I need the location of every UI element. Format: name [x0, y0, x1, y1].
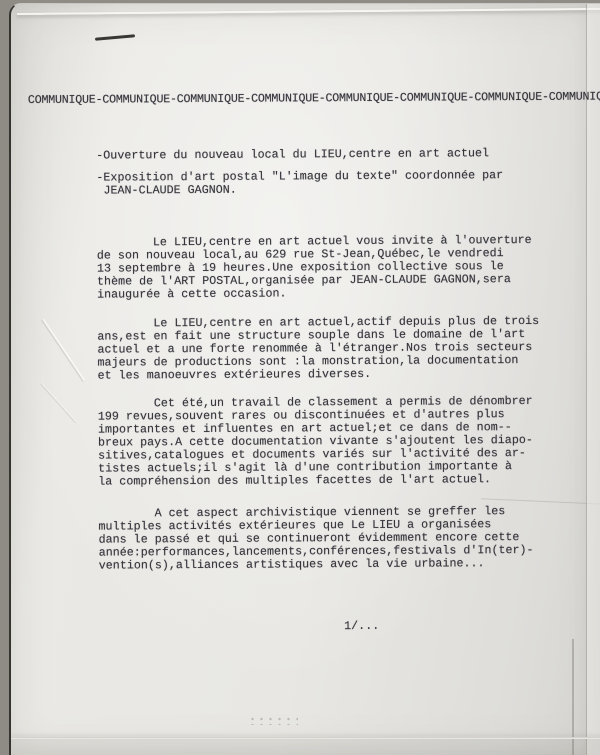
page-number: 1/... — [344, 620, 379, 633]
typewritten-text-layer: COMMUNIQUE-COMMUNIQUE-COMMUNIQUE-COMMUNI… — [10, 3, 600, 755]
announcement-exposition: -Exposition d'art postal "L'image du tex… — [96, 169, 503, 197]
paragraph-activites: A cet aspect archivistique viennent se g… — [98, 505, 533, 573]
paper-sheet: COMMUNIQUE-COMMUNIQUE-COMMUNIQUE-COMMUNI… — [9, 3, 600, 755]
paragraph-invitation: Le LIEU,centre en art actuel vous invite… — [97, 234, 532, 302]
photo-background: { "colors": { "paper": "#e4e3df", "photo… — [0, 0, 600, 755]
announcement-opening: -Ouverture du nouveau local du LIEU,cent… — [96, 147, 489, 162]
communique-banner: COMMUNIQUE-COMMUNIQUE-COMMUNIQUE-COMMUNI… — [28, 90, 600, 107]
paragraph-documentation: Cet été,un travail de classement a permi… — [98, 395, 533, 489]
paragraph-presentation: Le LIEU,centre en art actuel,actif depui… — [97, 315, 539, 383]
